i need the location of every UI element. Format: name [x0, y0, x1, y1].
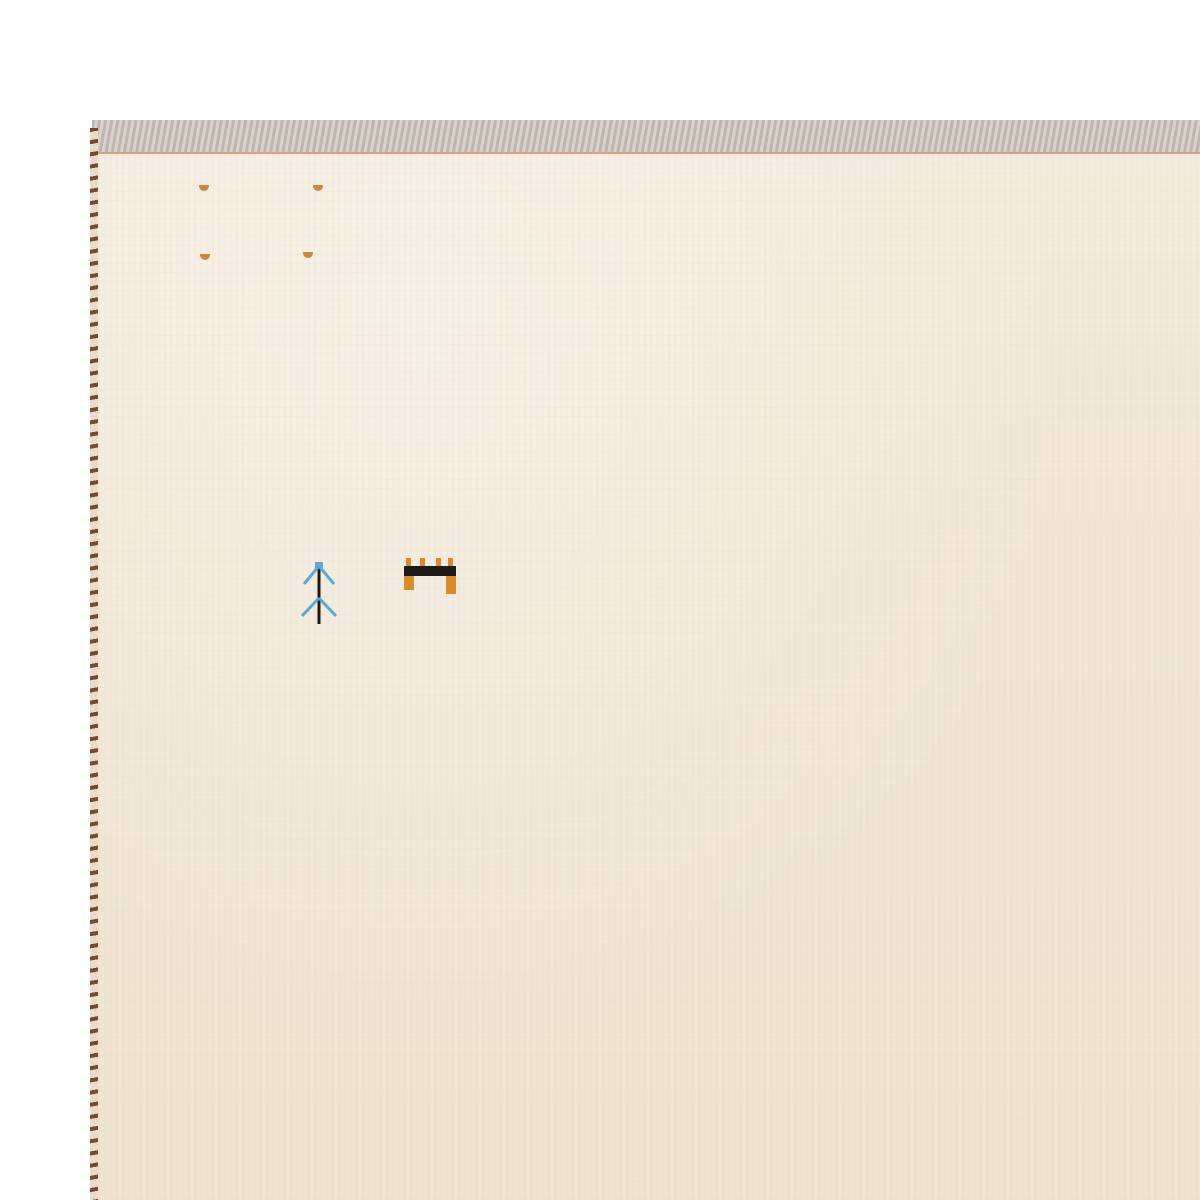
rug-field	[92, 122, 1200, 1200]
rug-left-selvedge	[90, 128, 98, 1200]
tree-arrow-motif	[296, 560, 342, 628]
camel-bar-motif	[400, 556, 460, 600]
rug-texture	[92, 122, 1200, 1200]
rug-top-binding	[92, 120, 1200, 154]
